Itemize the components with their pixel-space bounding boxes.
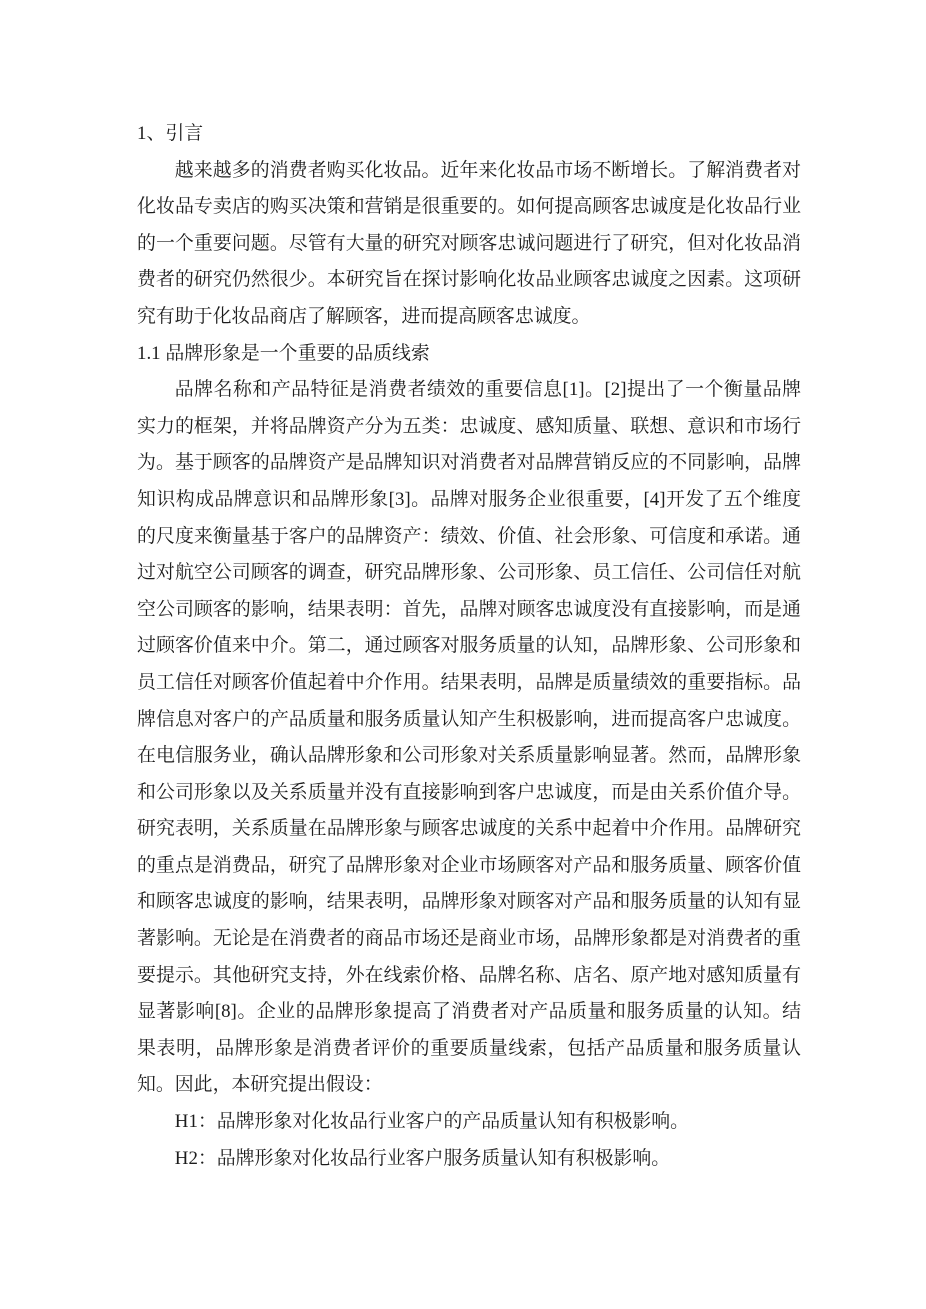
hypothesis-h2: H2：品牌形象对化妆品行业客户服务质量认知有积极影响。 <box>137 1141 801 1178</box>
document-page: 1、引言 越来越多的消费者购买化妆品。近年来化妆品市场不断增长。了解消费者对化妆… <box>0 0 926 1309</box>
section-heading-introduction: 1、引言 <box>137 116 801 153</box>
document-content: 1、引言 越来越多的消费者购买化妆品。近年来化妆品市场不断增长。了解消费者对化妆… <box>137 116 801 1177</box>
hypothesis-h1: H1：品牌形象对化妆品行业客户的产品质量认知有积极影响。 <box>137 1104 801 1141</box>
paragraph-brand-image-literature: 品牌名称和产品特征是消费者绩效的重要信息[1]。[2]提出了一个衡量品牌实力的框… <box>137 372 801 1104</box>
paragraph-introduction: 越来越多的消费者购买化妆品。近年来化妆品市场不断增长。了解消费者对化妆品专卖店的… <box>137 153 801 336</box>
section-heading-brand-image: 1.1 品牌形象是一个重要的品质线索 <box>137 336 801 373</box>
